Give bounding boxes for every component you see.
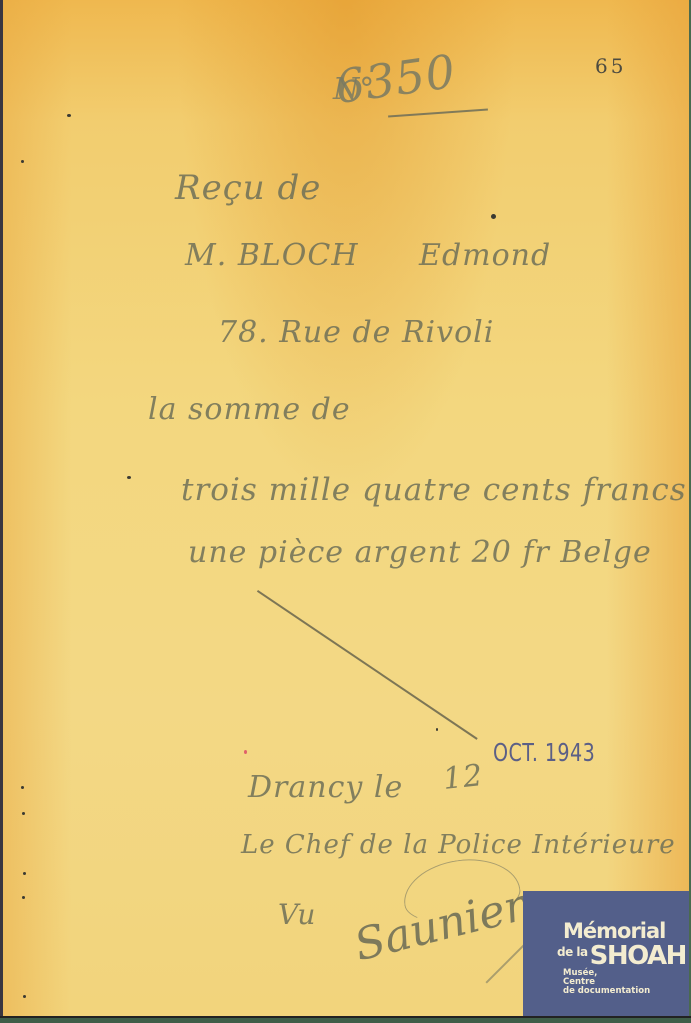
watermark-sub-documentation: de documentation	[563, 987, 689, 996]
reference-underline	[388, 109, 488, 118]
page-number: 65	[595, 54, 626, 78]
watermark-shoah: SHOAH	[590, 945, 686, 967]
visa-mark: Vu	[278, 898, 316, 931]
scanned-document-page: N° 6350 65 Reçu de M. BLOCH Edmond 78. R…	[0, 0, 689, 1016]
watermark-memorial: Mémorial	[563, 921, 689, 941]
memorial-shoah-watermark: Mémorial de la SHOAH Musée, Centre de do…	[523, 891, 689, 1016]
watermark-subtitle: Musée, Centre de documentation	[563, 969, 689, 996]
recipient-firstname: Edmond	[419, 238, 551, 273]
date-stamp: OCT. 1943	[493, 738, 595, 767]
reference-number: 6350	[332, 44, 459, 114]
amount-line-2: une pièce argent 20 fr Belge	[188, 535, 652, 570]
amount-line-1: trois mille quatre cents francs	[181, 472, 687, 508]
recipient-surname: BLOCH	[238, 238, 359, 273]
diagonal-cancel-stroke	[257, 590, 478, 740]
place: Drancy le	[248, 770, 403, 805]
recipient-address: 78. Rue de Rivoli	[218, 315, 494, 350]
day: 12	[441, 758, 485, 797]
red-ink-dot	[244, 750, 247, 754]
receipt-heading: Reçu de	[175, 168, 321, 208]
watermark-de-la: de la	[557, 941, 588, 963]
sum-intro: la somme de	[148, 392, 351, 427]
scan-edge-bottom	[0, 1016, 691, 1023]
signatory-title: Le Chef de la Police Intérieure	[241, 830, 676, 860]
recipient-name: M. BLOCH Edmond	[185, 238, 551, 273]
recipient-title: M.	[185, 238, 227, 273]
